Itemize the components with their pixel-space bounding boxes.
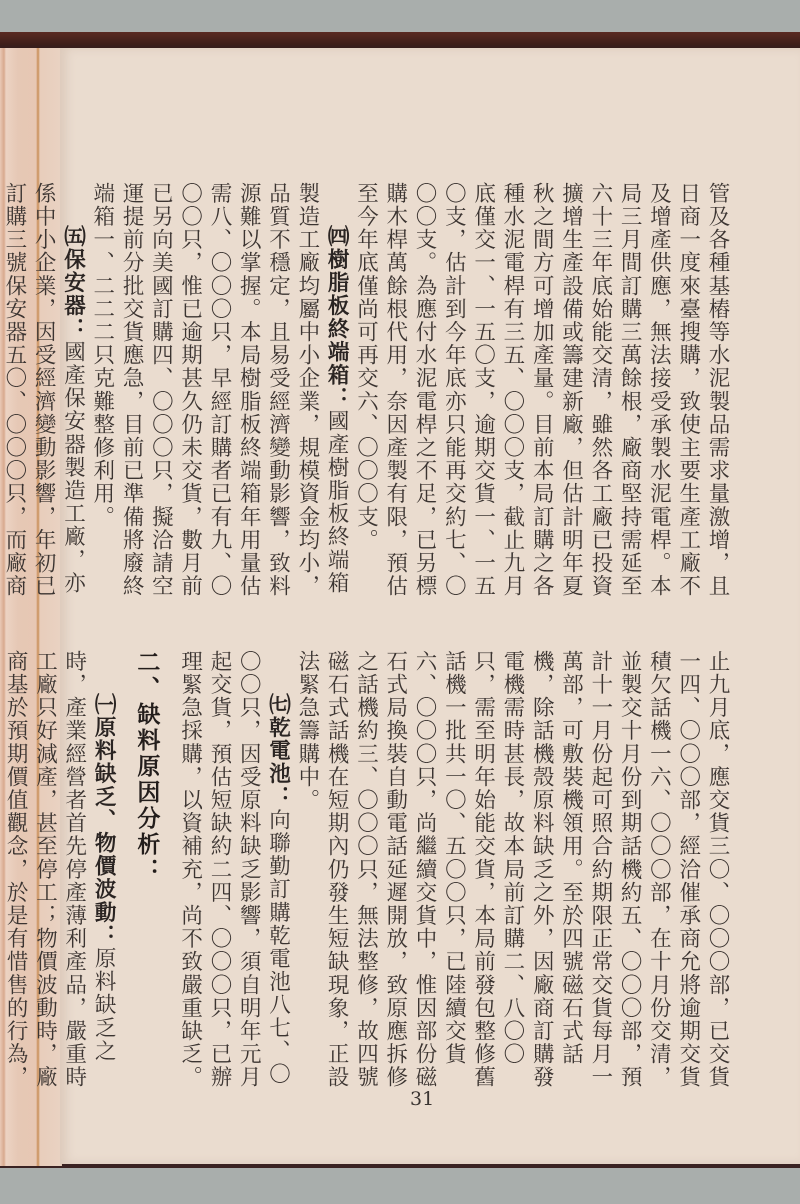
page-number: 31 [410,1088,434,1110]
paragraph-telephone-continued: 止九月底，應交貨三〇、〇〇〇部，已交貨一四、〇〇〇部，經洽催承商允將逾期交貨積欠… [293,650,732,1090]
item-text-resin-terminal-box: 國產樹脂板終端箱製造工廠均屬中小企業，規模資金均小，品質不穩定，且易受經濟變動影… [90,182,349,598]
lower-text-section: 止九月底，應交貨三〇、〇〇〇部，已交貨一四、〇〇〇部，經洽催承商允將逾期交貨積欠… [112,650,732,1090]
section-title-shortage-causes: 二、缺料原因分析： [132,650,161,1090]
paragraph-cement-poles: 管及各種基樁等水泥製品需求量激增，且日商一度來臺搜購，致使主要生產工廠不及增產供… [351,182,732,617]
item-heading-raw-material-shortage: ㈠原料缺乏、物價波動： [91,693,116,947]
paragraph-raw-material-shortage: ㈠原料缺乏、物價波動：原料缺乏之時，產業經營者首先停產薄利產品，嚴重時工廠只好減… [0,650,118,1090]
item-heading-dry-battery: ㈦乾電池： [266,693,291,809]
page-body: 管及各種基樁等水泥製品需求量激增，且日商一度來臺搜購，致使主要生產工廠不及增產供… [112,182,732,1062]
upper-text-section: 管及各種基樁等水泥製品需求量激增，且日商一度來臺搜購，致使主要生產工廠不及增產供… [112,182,732,617]
item-heading-protector: ㈤保安器： [60,225,85,341]
paragraph-resin-terminal-box: ㈣樹脂板終端箱：國產樹脂板終端箱製造工廠均屬中小企業，規模資金均小，品質不穩定，… [87,182,351,617]
paragraph-protector: ㈤保安器：國產保安器製造工廠，亦係中小企業，因受經濟變動影響，年初已訂購三號保安… [0,182,87,617]
paragraph-dry-battery: ㈦乾電池：向聯勤訂購乾電池八七、〇〇〇只，因受原料缺乏影響，須自明年元月起交貨，… [175,650,292,1090]
item-heading-resin-terminal-box: ㈣樹脂板終端箱： [324,225,349,410]
